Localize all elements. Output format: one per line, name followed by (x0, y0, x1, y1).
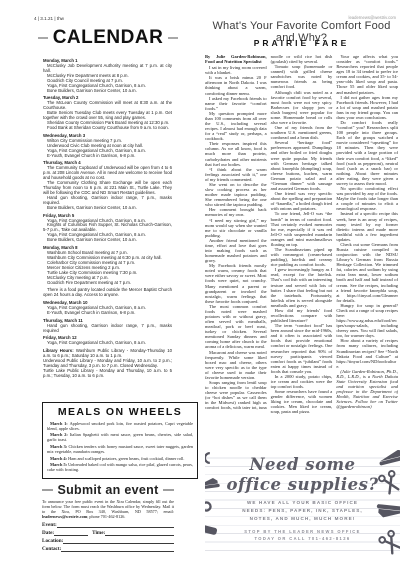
article-byline: By Julie Garden-Robinson, Food and Nutri… (205, 54, 267, 64)
calendar-event: Butte Seniors Tuesday Club meets every T… (43, 110, 172, 120)
article-paragraph: One friend was very specific about the s… (271, 191, 333, 211)
article-kicker: PRAIRIE FARE (203, 38, 400, 48)
article-paragraph: “I think about the warm feelings associa… (205, 167, 267, 182)
article-paragraph: No specific comforting effect was provid… (336, 186, 398, 211)
form-row-event: Event: (42, 522, 174, 527)
article-paragraph: One of my friends from the southern U.S.… (271, 125, 333, 140)
calendar-event: E-Youth, Evangel Church in Garrison, 6-8… (43, 310, 172, 315)
article-paragraph: Tomato soup (homemade or canned) with gr… (271, 64, 333, 89)
article-paragraph: Check out some Germans from Russia cuisi… (336, 242, 398, 303)
calendar-event: The McLean County Commission will meet a… (43, 100, 172, 110)
article-paragraph: The most common comfort foods noted were… (205, 304, 267, 350)
title-rule-right (163, 489, 174, 490)
event-input-line[interactable] (57, 522, 174, 528)
article-author-bio: (Julie Garden-Robinson, Ph.D., R.D., L.R… (336, 369, 398, 410)
meals-on-wheels-box: MEALS ON WHEELS March 1: Applewood smoke… (42, 402, 198, 479)
meal-item: March 1: Applewood smoked pork loin, fir… (47, 421, 193, 431)
article-paragraph: How about a variety of recipes from many… (336, 338, 398, 368)
calendar-event: The Community Cupboard of Underwood will… (43, 165, 172, 180)
event-field-label: Event: (42, 522, 57, 528)
eraser-icon (205, 522, 219, 538)
event-form: Event: Date: Time: Location: Contact: (42, 522, 174, 552)
article-paragraph: Do comfort foods really “comfort” you? R… (336, 120, 398, 186)
article-paragraph: She went on to describe the slow cooking… (205, 182, 267, 207)
calendar-event: Hand gun shooting, Garrison indoor range… (43, 195, 172, 205)
submit-event-title: Submit an event (57, 483, 158, 497)
article-paragraph: I grew increasingly hungry as I read, ex… (271, 267, 333, 308)
title-rule-left (38, 37, 48, 39)
calendar-event: McClusky Job Development Authority meeti… (43, 63, 172, 73)
calendar-event: Knights of Columbus Fish Supper, St. Nic… (43, 222, 172, 232)
calendar-header: CALENDAR (38, 27, 178, 49)
library-hours-entry: Library Hours: Washburn Public Library -… (43, 348, 172, 358)
newspaper-page: 4 | 3.1.21 | thw leadernews@westriv.com … (0, 0, 400, 567)
library-hours-entry: Underwood Public Library - Monday and Fr… (43, 358, 172, 368)
article-paragraph: Another friend mentioned the time, effor… (205, 238, 267, 263)
calendar-note: There is a food pantry located outside t… (43, 287, 172, 297)
calendar-event: The Community Clothing Share Exchange wi… (43, 180, 172, 195)
article-columns: By Julie Garden-Robinson, Food and Nutri… (205, 54, 398, 448)
form-row-date-time: Date: Time: (42, 530, 174, 535)
article-paragraph: The Scandinavians piped up with rommegro… (271, 247, 333, 267)
ad-headline-line1: Need some (249, 455, 355, 474)
article-paragraph: How did my friends’ food recollections c… (271, 308, 333, 323)
time-field-label: Time: (92, 530, 105, 536)
meals-list: March 1: Applewood smoked pork loin, fir… (47, 421, 193, 473)
article-paragraph: The term “comfort food” has been around … (271, 323, 333, 374)
ad-headline-line2: office supplies? (226, 475, 378, 494)
article-paragraph: Their responses inspired this column. As… (205, 141, 267, 166)
article-paragraph: I did not gather ages from my Facebook f… (336, 95, 398, 120)
meal-item: March 4: Ham and scalloped potatoes, gre… (47, 456, 193, 461)
article-paragraph: I asked my Facebook friends to name thei… (205, 96, 267, 111)
calendar-event: Hand gun shooting, Garrison indoor range… (43, 323, 172, 333)
scissors-icon (373, 525, 400, 557)
form-row-contact: Contact: (42, 547, 174, 552)
submit-event-intro: To announce your free public event in th… (42, 499, 174, 519)
calendar-title: CALENDAR (53, 27, 164, 49)
submit-event-header: Submit an event (42, 483, 174, 497)
form-row-location: Location: (42, 539, 174, 544)
title-rule-right (168, 37, 178, 39)
article-paragraph: Macaroni and cheese was noted frequently… (205, 350, 267, 380)
ad-footer-text: STOP BY THE LEADER NEWS OFFICE TODAY OR … (244, 528, 362, 543)
stapler-icon (374, 502, 400, 524)
article-paragraph: Some researchers have found a gender dif… (271, 389, 333, 414)
calendar-event: Bone Builders, Garrison Senior Center, 1… (43, 237, 172, 242)
date-field-label: Date: (42, 530, 54, 536)
ad-body-text: WE HAVE ALL YOUR BASIC OFFICE NEEDS: PEN… (237, 499, 369, 523)
meal-item: March 2: Italian Spaghetti with meat sau… (47, 432, 193, 442)
article-paragraph: Several “heritage food” preferences appe… (271, 140, 333, 191)
contact-field-label: Contact: (42, 546, 61, 552)
location-field-label: Location: (42, 538, 63, 544)
binder-clip-icon (205, 451, 214, 465)
title-rule-left (42, 489, 53, 490)
calendar-event: E-Youth, Evangel Church in Garrison, 6-8… (43, 153, 172, 158)
ad-headline: Need some office supplies? (205, 455, 400, 495)
article-paragraph: My question prompted more than 100 comme… (205, 111, 267, 141)
calendar-event: Goodrich Fire Department meeting at 7 p.… (43, 280, 172, 285)
time-input-line[interactable] (105, 530, 174, 536)
meals-title: MEALS ON WHEELS (47, 406, 193, 418)
submit-event-section: Submit an event To announce your free pu… (42, 483, 174, 552)
office-supplies-ad: Need some office supplies? WE HAVE ALL Y… (205, 450, 400, 557)
article-paragraph: Instead of a specific recipe this week, … (336, 211, 398, 241)
article-paragraph: In a 2000 study, potato chips, ice cream… (271, 374, 333, 389)
location-input-line[interactable] (63, 539, 174, 545)
date-input-line[interactable] (54, 530, 88, 536)
calendar-listing: Monday, March 1McClusky Job Development … (43, 55, 172, 378)
page-folio: 4 | 3.1.21 | thw (34, 16, 64, 21)
article-paragraph: Hungry for soup in general? Check out a … (336, 303, 398, 339)
meal-item: March 5: Unbreaded baked cod with mango … (47, 462, 193, 472)
article-paragraph: I sat in my living room covered with a b… (205, 65, 267, 75)
calendar-event: Food Bank at Sheridan County Courthouse … (43, 125, 172, 130)
article-paragraph: To one friend, Jell-O was “the bomb” in … (271, 211, 333, 247)
library-hours-entry: Turtle Lake Public Library - Monday and … (43, 368, 172, 378)
calendar-event: Bone Builders, Garrison Senior Center, 1… (43, 88, 172, 93)
calendar-event: Yoga, First Congregational Church, Garri… (43, 340, 172, 345)
meal-item: March 3: Chicken tenders with honey must… (47, 444, 193, 454)
article-paragraph: It was a brisk minus 20 F afternoon in N… (205, 75, 267, 95)
article-paragraph: “I need my stirring girl,” my mom would … (205, 218, 267, 238)
article-paragraph: Your age affects what you consider as “c… (336, 54, 398, 95)
tape-roll-icon (205, 500, 213, 513)
article-paragraph: My Facebook friends mostly noted warm, c… (205, 263, 267, 304)
contact-input-line[interactable] (61, 547, 174, 553)
article-paragraph: Her comment brought back memories of my … (205, 207, 267, 217)
calendar-event: Bone Builders, Garrison Senior Center, 1… (43, 205, 172, 210)
article-paragraph: Although chili was noted as a favorite c… (271, 90, 333, 126)
